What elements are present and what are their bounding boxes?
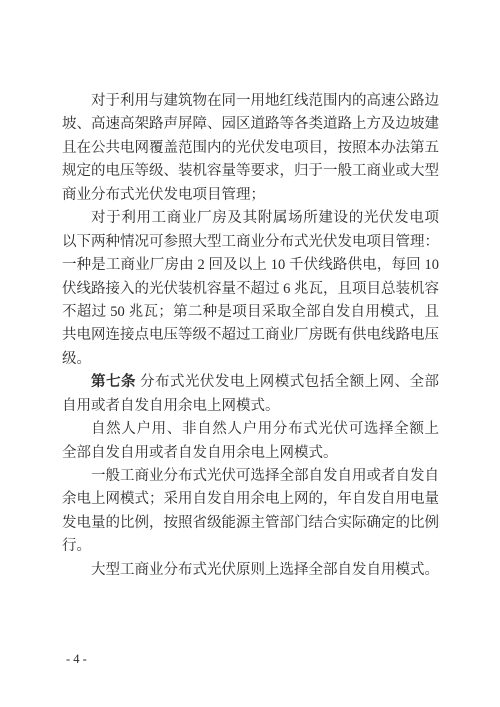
text-line: 规定的电压等级、装机容量等要求，归于一般工商业或大型工 [62,160,439,183]
text-line: 伏线路接入的光伏装机容量不超过 6 兆瓦，且项目总装机容量 [62,278,439,301]
page-number: - 4 - [66,651,87,667]
article-heading: 第七条 [91,374,136,390]
text-line: 发电量的比例，按照省级能源主管部门结合实际确定的比例执 [62,512,439,535]
document-body: 对于利用与建筑物在同一用地红线范围内的高速公路边坡、高速高架路声屏障、园区道路等… [62,90,439,582]
text-line: 自然人户用、非自然人户用分布式光伏可选择全额上网、 [62,418,439,441]
text-line: 全部自发自用或者自发自用余电上网模式。 [62,442,439,465]
text-line: 且在公共电网覆盖范围内的光伏发电项目，按照本办法第五条 [62,137,439,160]
text-line: 共电网连接点电压等级不超过工商业厂房既有供电线路电压等 [62,324,439,347]
text-line: 一种是工商业厂房由 2 回及以上 10 千伏线路供电，每回 10 千 [62,254,439,277]
text-line: 自用或者自发自用余电上网模式。 [62,395,439,418]
text-line: 余电上网模式；采用自发自用余电上网的，年自发自用电量占 [62,488,439,511]
text-line: 对于利用与建筑物在同一用地红线范围内的高速公路边 [62,90,439,113]
text-line: 对于利用工商业厂房及其附属场所建设的光伏发电项目， [62,207,439,230]
text-line: 行。 [62,535,439,558]
text-line: 级。 [62,348,439,371]
text-line: 坡、高速高架路声屏障、园区道路等各类道路上方及边坡建设， [62,113,439,136]
text-line: 第七条 分布式光伏发电上网模式包括全额上网、全部自发 [62,371,439,394]
text-line: 不超过 50 兆瓦；第二种是项目采取全部自发自用模式，且与公 [62,301,439,324]
text-line: 一般工商业分布式光伏可选择全部自发自用或者自发自用 [62,465,439,488]
text-line: 大型工商业分布式光伏原则上选择全部自发自用模式。 [62,559,439,582]
text-line: 以下两种情况可参照大型工商业分布式光伏发电项目管理：第 [62,231,439,254]
text-line: 商业分布式光伏发电项目管理； [62,184,439,207]
document-page: 对于利用与建筑物在同一用地红线范围内的高速公路边坡、高速高架路声屏障、园区道路等… [0,0,500,707]
